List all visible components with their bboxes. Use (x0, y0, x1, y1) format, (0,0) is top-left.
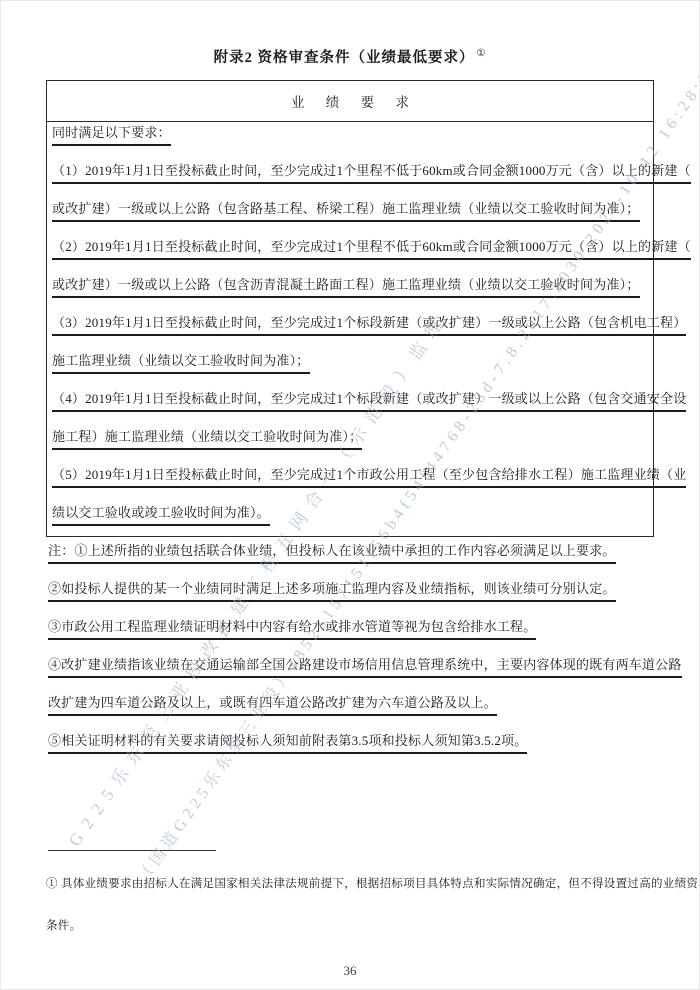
table-header-cell: 业 绩 要 求 (47, 81, 653, 122)
document-page: G225乐东至三亚段改扩建工程五网合一（示范段）监理 （国道G225乐东至三亚段… (0, 0, 700, 990)
requirement-1-line-2: 或改扩建）一级或以上公路（包含路基工程、桥梁工程）施工监理业绩（业绩以交工验收时… (52, 202, 640, 222)
note-line: ③市政公用工程监理业绩证明材料中内容有给水或排水管道等视为包含给排水工程。 (48, 602, 654, 640)
note-line: 注：①上述所指的业绩包括联合体业绩，但投标人在该业绩中承担的工作内容必须满足以上… (48, 537, 654, 564)
note-line: 改扩建为四车道公路及以上，或既有四车道公路改扩建为六车道公路及以上。 (48, 678, 654, 716)
requirements-table: 业 绩 要 求 同时满足以下要求： （1）2019年1月1日至投标截止时间，至少… (46, 80, 654, 537)
table-line: 绩以交工验收或竣工验收时间为准）。 (52, 488, 649, 526)
note-1: 注：①上述所指的业绩包括联合体业绩，但投标人在该业绩中承担的工作内容必须满足以上… (48, 544, 616, 564)
note-4-line-2: 改扩建为四车道公路及以上，或既有四车道公路改扩建为六车道公路及以上。 (48, 696, 497, 716)
table-line: （4）2019年1月1日至投标截止时间，至少完成过1个标段新建（或改扩建）一级或… (52, 374, 649, 412)
footnote-line-1: ① 具体业绩要求由招标人在满足国家相关法律法规前提下，根据招标项目具体特点和实际… (46, 875, 654, 891)
table-line: 施工监理业绩（业绩以交工验收时间为准）； (52, 336, 649, 374)
page-title: 附录2 资格审查条件（业绩最低要求）① (46, 1, 654, 67)
table-line: （5）2019年1月1日至投标截止时间，至少完成过1个市政公用工程（至少包含给排… (52, 450, 649, 488)
intro-text: 同时满足以下要求： (52, 126, 171, 146)
requirement-2-line-1: （2）2019年1月1日至投标截止时间，至少完成过1个里程不低于60km或合同金… (52, 240, 691, 260)
table-line: 或改扩建）一级或以上公路（包含沥青混凝土路面工程）施工监理业绩（业绩以交工验收时… (52, 260, 649, 298)
title-footnote-marker: ① (476, 48, 486, 59)
note-line: ④改扩建业绩指该业绩在交通运输部全国公路建设市场信用信息管理系统中，主要内容体现… (48, 640, 654, 678)
note-3: ③市政公用工程监理业绩证明材料中内容有给水或排水管道等视为包含给排水工程。 (48, 620, 536, 640)
note-4-line-1: ④改扩建业绩指该业绩在交通运输部全国公路建设市场信用信息管理系统中，主要内容体现… (48, 658, 682, 678)
table-line: 施工程）施工监理业绩（业绩以交工验收时间为准）； (52, 412, 649, 450)
notes-section: 注：①上述所指的业绩包括联合体业绩，但投标人在该业绩中承担的工作内容必须满足以上… (46, 537, 654, 754)
note-line: ⑤相关证明材料的有关要求请阅投标人须知前附表第3.5项和投标人须知第3.5.2项… (48, 716, 654, 754)
requirement-5-line-2: 绩以交工验收或竣工验收时间为准）。 (52, 506, 270, 526)
requirement-4-line-2: 施工程）施工监理业绩（业绩以交工验收时间为准）； (52, 430, 362, 450)
note-2: ②如投标人提供的某一个业绩同时满足上述多项施工监理内容及业绩指标，则该业绩可分别… (48, 582, 616, 602)
table-line: （2）2019年1月1日至投标截止时间，至少完成过1个里程不低于60km或合同金… (52, 222, 649, 260)
page-number: 36 (46, 963, 654, 979)
table-line: 或改扩建）一级或以上公路（包含路基工程、桥梁工程）施工监理业绩（业绩以交工验收时… (52, 184, 649, 222)
table-line: （3）2019年1月1日至投标截止时间，至少完成过1个标段新建（或改扩建）一级或… (52, 298, 649, 336)
table-intro-line: 同时满足以下要求： (52, 126, 649, 146)
requirement-5-line-1: （5）2019年1月1日至投标截止时间，至少完成过1个市政公用工程（至少包含给排… (52, 468, 686, 488)
note-line: ②如投标人提供的某一个业绩同时满足上述多项施工监理内容及业绩指标，则该业绩可分别… (48, 564, 654, 602)
footnote-line-2: 条件。 (46, 917, 654, 933)
requirement-2-line-2: 或改扩建）一级或以上公路（包含沥青混凝土路面工程）施工监理业绩（业绩以交工验收时… (52, 278, 640, 298)
page-content: 附录2 资格审查条件（业绩最低要求）① 业 绩 要 求 同时满足以下要求： （1… (1, 1, 699, 979)
requirement-3-line-1: （3）2019年1月1日至投标截止时间，至少完成过1个标段新建（或改扩建）一级或… (52, 316, 686, 336)
footnote-text: 具体业绩要求由招标人在满足国家相关法律法规前提下，根据招标项目具体特点和实际情况… (61, 878, 700, 890)
table-line: （1）2019年1月1日至投标截止时间，至少完成过1个里程不低于60km或合同金… (52, 146, 649, 184)
requirement-1-line-1: （1）2019年1月1日至投标截止时间，至少完成过1个里程不低于60km或合同金… (52, 164, 691, 184)
table-body-cell: 同时满足以下要求： （1）2019年1月1日至投标截止时间，至少完成过1个里程不… (47, 122, 653, 536)
requirement-4-line-1: （4）2019年1月1日至投标截止时间，至少完成过1个标段新建（或改扩建）一级或… (52, 392, 686, 412)
footnote-separator (48, 850, 216, 851)
page-title-text: 附录2 资格审查条件（业绩最低要求） (214, 50, 475, 66)
note-5: ⑤相关证明材料的有关要求请阅投标人须知前附表第3.5项和投标人须知第3.5.2项… (48, 734, 527, 754)
footnote-marker: ① (46, 878, 58, 890)
requirement-3-line-2: 施工监理业绩（业绩以交工验收时间为准）； (52, 354, 310, 374)
